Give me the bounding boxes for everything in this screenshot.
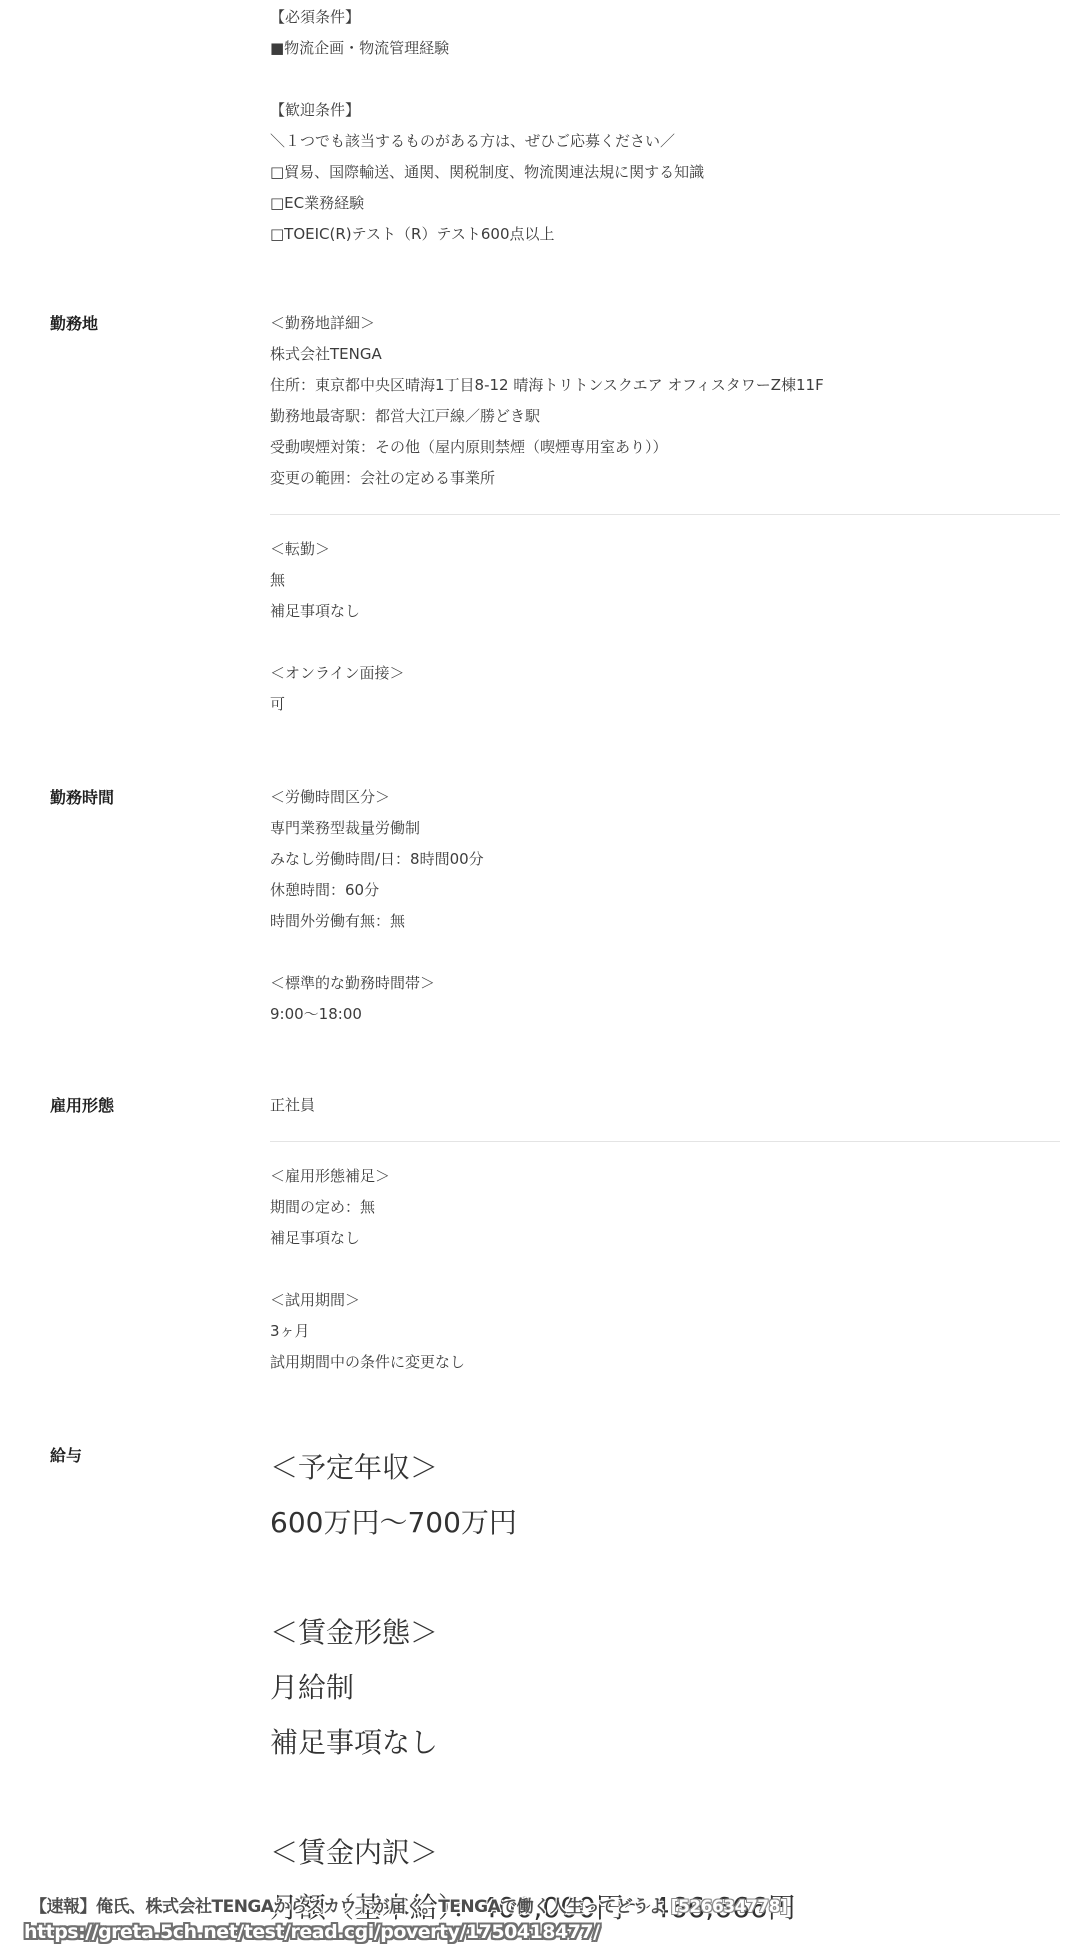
company-address: 住所：東京都中央区晴海1丁目8-12 晴海トリトンスクエア オフィスタワーZ棟1…: [270, 370, 1060, 401]
wage-type-header: ＜賃金形態＞: [270, 1605, 1060, 1660]
probation-header: ＜試用期間＞: [270, 1285, 1060, 1316]
work-location-label: 勤務地: [0, 308, 270, 339]
spacer: [270, 627, 1060, 658]
employment-type-value: 正社員: [270, 1090, 1060, 1121]
deemed-working-hours: みなし労働時間/日：8時間00分: [270, 844, 1060, 875]
section-work-hours-content: ＜労働時間区分＞ 専門業務型裁量労働制 みなし労働時間/日：8時間00分 休憩時…: [270, 782, 1080, 1030]
break-time: 休憩時間：60分: [270, 875, 1060, 906]
annual-income-value: 600万円〜700万円: [270, 1495, 1060, 1550]
wage-type-value: 月給制: [270, 1660, 1060, 1715]
welcome-condition-item: □TOEIC(R)テスト（R）テスト600点以上: [270, 219, 1060, 250]
divider: [270, 1141, 1060, 1142]
annual-income-header: ＜予定年収＞: [270, 1440, 1060, 1495]
spacer: [270, 1254, 1060, 1285]
probation-value: 3ヶ月: [270, 1316, 1060, 1347]
transfer-header: ＜転勤＞: [270, 534, 1060, 565]
overtime-status: 時間外労働有無：無: [270, 906, 1060, 937]
job-posting-page: 【必須条件】 ■物流企画・物流管理経験 【歓迎条件】 ＼１つでも該当するものがあ…: [0, 0, 1080, 1951]
work-hours-label: 勤務時間: [0, 782, 270, 813]
section-salary-content: ＜予定年収＞ 600万円〜700万円 ＜賃金形態＞ 月給制 補足事項なし ＜賃金…: [270, 1440, 1080, 1935]
job-posting-content: 【必須条件】 ■物流企画・物流管理経験 【歓迎条件】 ＼１つでも該当するものがあ…: [0, 0, 1080, 1935]
welcome-condition-item: □EC業務経験: [270, 188, 1060, 219]
standard-hours-value: 9:00〜18:00: [270, 999, 1060, 1030]
employment-type-label: 雇用形態: [0, 1090, 270, 1121]
standard-hours-header: ＜標準的な勤務時間帯＞: [270, 968, 1060, 999]
probation-note: 試用期間中の条件に変更なし: [270, 1347, 1060, 1378]
spacer: [270, 1770, 1060, 1825]
work-hours-type-value: 専門業務型裁量労働制: [270, 813, 1060, 844]
work-location-detail-header: ＜勤務地詳細＞: [270, 308, 1060, 339]
section-requirements: 【必須条件】 ■物流企画・物流管理経験 【歓迎条件】 ＼１つでも該当するものがあ…: [0, 2, 1080, 250]
welcome-conditions-note: ＼１つでも該当するものがある方は、ぜひご応募ください／: [270, 126, 1060, 157]
wage-breakdown-header: ＜賃金内訳＞: [270, 1825, 1060, 1880]
transfer-note: 補足事項なし: [270, 596, 1060, 627]
company-name: 株式会社TENGA: [270, 339, 1060, 370]
section-work-hours: 勤務時間 ＜労働時間区分＞ 専門業務型裁量労働制 みなし労働時間/日：8時間00…: [0, 782, 1080, 1030]
section-employment-type: 雇用形態 正社員 ＜雇用形態補足＞ 期間の定め：無 補足事項なし ＜試用期間＞ …: [0, 1090, 1080, 1378]
section-work-location-content: ＜勤務地詳細＞ 株式会社TENGA 住所：東京都中央区晴海1丁目8-12 晴海ト…: [270, 308, 1080, 720]
welcome-condition-item: □貿易、国際輸送、通関、関税制度、物流関連法規に関する知識: [270, 157, 1060, 188]
employment-term: 期間の定め：無: [270, 1192, 1060, 1223]
transfer-value: 無: [270, 565, 1060, 596]
employment-term-note: 補足事項なし: [270, 1223, 1060, 1254]
nearest-station: 勤務地最寄駅：都営大江戸線／勝どき駅: [270, 401, 1060, 432]
section-salary: 給与 ＜予定年収＞ 600万円〜700万円 ＜賃金形態＞ 月給制 補足事項なし …: [0, 1440, 1080, 1935]
welcome-conditions-header: 【歓迎条件】: [270, 95, 1060, 126]
employment-supplement-header: ＜雇用形態補足＞: [270, 1161, 1060, 1192]
required-conditions-header: 【必須条件】: [270, 2, 1060, 33]
section-work-location: 勤務地 ＜勤務地詳細＞ 株式会社TENGA 住所：東京都中央区晴海1丁目8-12…: [0, 308, 1080, 720]
spacer: [270, 64, 1060, 95]
work-hours-type-header: ＜労働時間区分＞: [270, 782, 1060, 813]
online-interview-header: ＜オンライン面接＞: [270, 658, 1060, 689]
section-employment-type-content: 正社員 ＜雇用形態補足＞ 期間の定め：無 補足事項なし ＜試用期間＞ 3ヶ月 試…: [270, 1090, 1080, 1378]
online-interview-value: 可: [270, 689, 1060, 720]
wage-type-note: 補足事項なし: [270, 1715, 1060, 1770]
divider: [270, 514, 1060, 515]
required-condition-item: ■物流企画・物流管理経験: [270, 33, 1060, 64]
smoking-policy: 受動喫煙対策：その他（屋内原則禁煙（喫煙専用室あり））: [270, 432, 1060, 463]
section-requirements-content: 【必須条件】 ■物流企画・物流管理経験 【歓迎条件】 ＼１つでも該当するものがあ…: [270, 2, 1080, 250]
change-scope: 変更の範囲：会社の定める事業所: [270, 463, 1060, 494]
spacer: [270, 937, 1060, 968]
wage-breakdown-value: 月額（基本給）：400,000円〜466,666円: [270, 1880, 1060, 1935]
salary-label: 給与: [0, 1440, 270, 1471]
spacer: [270, 1550, 1060, 1605]
